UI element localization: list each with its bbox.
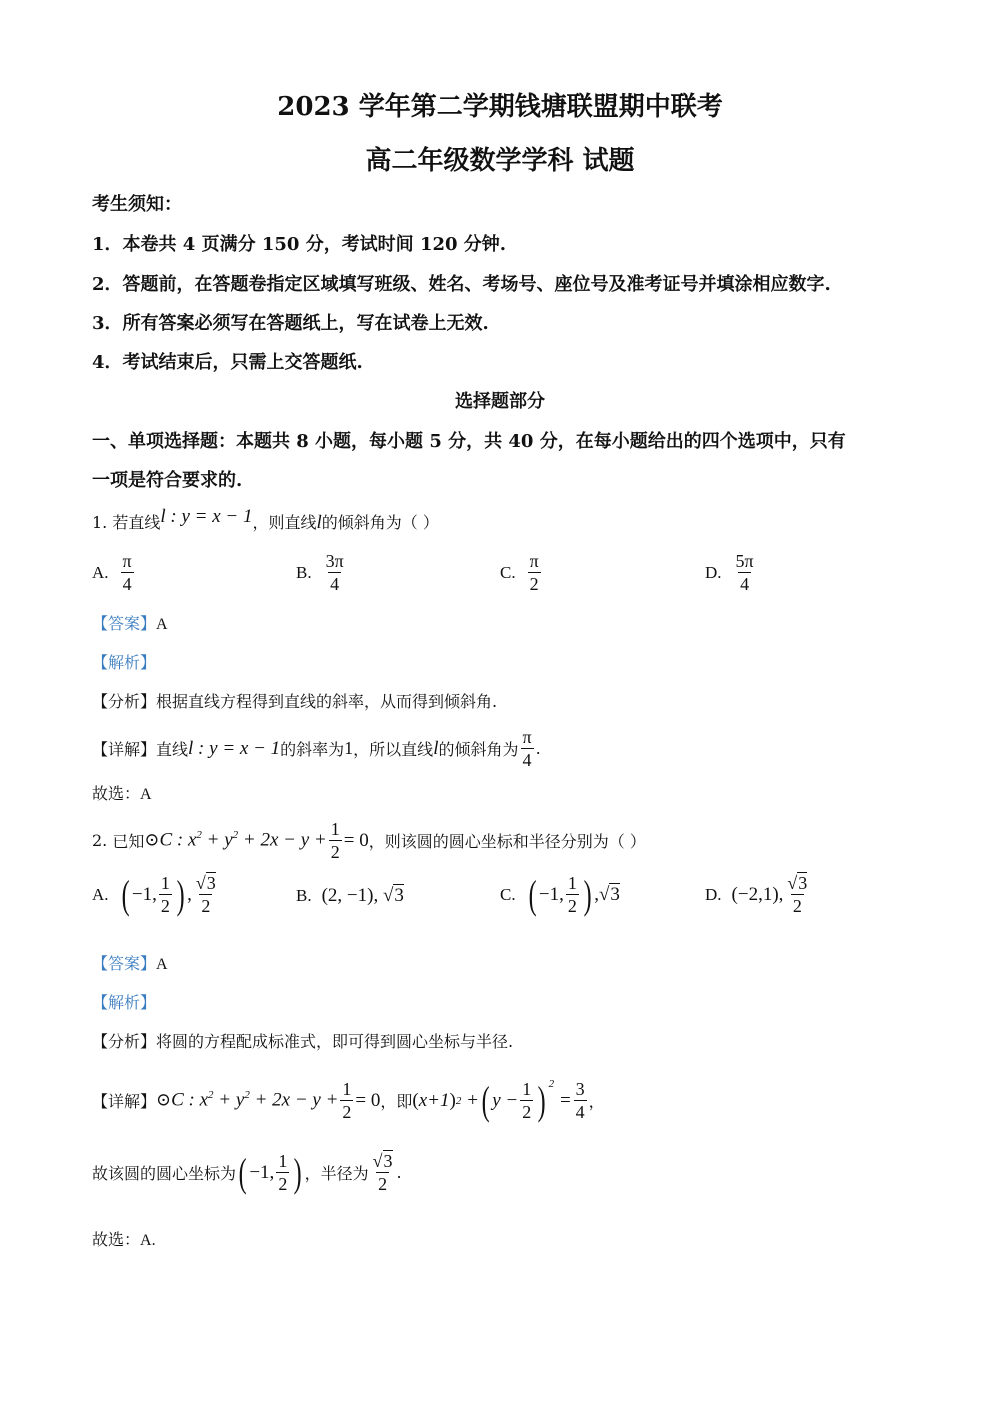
option-b: B. 3π4 (296, 550, 348, 595)
line-equation: l : y = x − 1 (160, 506, 252, 527)
notice-heading: 考生须知： (92, 190, 182, 216)
option-b: B. (2, −1), √3 (296, 885, 404, 907)
section-instruction: 一、单项选择题：本题共 8 小题，每小题 5 分，共 40 分，在每小题给出的四… (92, 427, 846, 453)
option-c: C. (−1,12),√3 (500, 872, 620, 917)
notice-item: 1．本卷共 4 页满分 150 分，考试时间 120 分钟. (92, 230, 506, 256)
choose-line: 故选：A (92, 781, 152, 804)
detail-line: 【详解】 ⊙C : x2 + y2 + 2x − y + 12= 0 ，即 (x… (92, 1078, 605, 1123)
notice-item: 4．考试结束后，只需上交答题纸. (92, 348, 363, 374)
fenxi-line: 【分析】将圆的方程配成标准式，即可得到圆心坐标与半径. (92, 1029, 513, 1052)
answer-value: A (156, 956, 168, 973)
section-title: 选择题部分 (0, 387, 1000, 413)
exam-page: 2023 学年第二学期钱塘联盟期中联考 高二年级数学学科 试题 考生须知： 1．… (0, 0, 1000, 1414)
answer-value: A (156, 616, 168, 633)
detail-line: 【详解】直线l : y = x − 1的斜率为1，所以直线l的倾斜角为π4. (92, 726, 541, 771)
answer-line: 【答案】A (92, 611, 168, 634)
notice-item: 2．答题前，在答题卷指定区域填写班级、姓名、考场号、座位号及准考证号并填涂相应数… (92, 270, 831, 296)
answer-label: 【答案】 (92, 614, 156, 633)
circle-dot-icon: ⊙ (156, 1090, 171, 1110)
question-number: 1. (92, 513, 107, 532)
option-d: D. 5π4 (705, 550, 758, 595)
option-a: A. π4 (92, 550, 136, 595)
option-a: A. (−1,12),√32 (92, 872, 220, 917)
analysis-label: 【解析】 (92, 650, 156, 673)
question-2-stem: 2. 已知 ⊙C : x2 + y2 + 2x − y + 12= 0 ，则该圆… (92, 818, 646, 863)
section-instruction-cont: 一项是符合要求的. (92, 466, 242, 492)
circle-equation: ⊙C : x2 + y2 + 2x − y + (144, 829, 326, 851)
question-number: 2. (92, 831, 107, 850)
answer-label: 【答案】 (92, 954, 156, 973)
option-d: D. (−2,1),√32 (705, 872, 811, 917)
analysis-label: 【解析】 (92, 990, 156, 1013)
circle-dot-icon: ⊙ (144, 830, 159, 850)
fenxi-line: 【分析】根据直线方程得到直线的斜率，从而得到倾斜角. (92, 689, 497, 712)
exam-title: 2023 学年第二学期钱塘联盟期中联考 (0, 86, 1000, 123)
conclusion-line: 故该圆的圆心坐标为 (−1,12) ，半径为 √32 . (92, 1150, 402, 1195)
exam-subtitle: 高二年级数学学科 试题 (0, 140, 1000, 177)
notice-item: 3．所有答案必须写在答题纸上，写在试卷上无效. (92, 309, 489, 335)
question-1-stem: 1. 若直线l : y = x − 1，则直线l的倾斜角为（ ） (92, 510, 439, 534)
answer-line: 【答案】A (92, 951, 168, 974)
choose-line: 故选：A. (92, 1227, 156, 1250)
option-c: C. π2 (500, 550, 543, 595)
